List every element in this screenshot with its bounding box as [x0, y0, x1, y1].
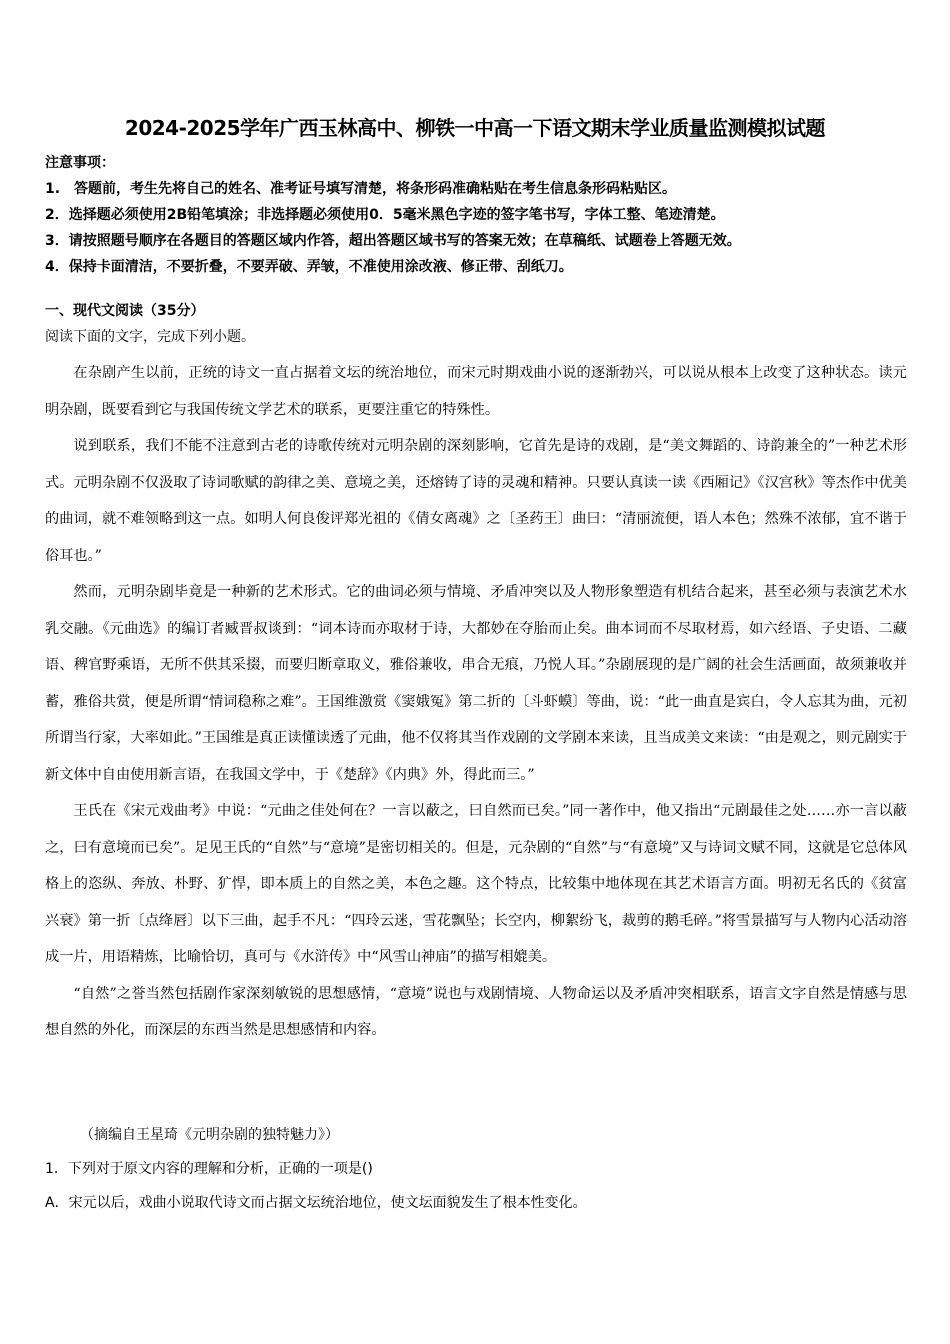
question-stem: 1．下列对于原文内容的理解和分析，正确的一项是() — [45, 1158, 373, 1178]
notice-heading: 注意事项： — [45, 150, 905, 176]
passage-paragraph: 说到联系，我们不能不注意到古老的诗歌传统对元明杂剧的深刻影响，它首先是诗的戏剧，… — [45, 428, 907, 574]
section-heading: 一、现代文阅读（35分） — [45, 300, 204, 320]
passage-paragraph: 王氏在《宋元戏曲考》中说：“元曲之佳处何在？一言以蔽之，曰自然而已矣。”同一著作… — [45, 793, 907, 976]
notice-block: 注意事项： 1. 答题前，考生先将自己的姓名、准考证号填写清楚，将条形码准确粘贴… — [45, 150, 905, 280]
exam-page: 2024-2025学年广西玉林高中、柳铁一中高一下语文期末学业质量监测模拟试题 … — [0, 0, 950, 1344]
page-title: 2024-2025学年广西玉林高中、柳铁一中高一下语文期末学业质量监测模拟试题 — [0, 112, 950, 141]
notice-item: 2．选择题必须使用2B铅笔填涂；非选择题必须使用0．5毫米黑色字迹的签字笔书写，… — [45, 202, 905, 228]
passage-paragraph: “自然”之誉当然包括剧作家深刻敏锐的思想感情，“意境”说也与戏剧情境、人物命运以… — [45, 976, 907, 1049]
notice-item: 4．保持卡面清洁，不要折叠，不要弄破、弄皱，不准使用涂改液、修正带、刮纸刀。 — [45, 254, 905, 280]
passage-paragraph: 然而，元明杂剧毕竟是一种新的艺术形式。它的曲词必须与情境、矛盾冲突以及人物形象塑… — [45, 574, 907, 793]
answer-option-a: A．宋元以后，戏曲小说取代诗文而占据文坛统治地位，使文坛面貌发生了根本性变化。 — [45, 1192, 587, 1212]
notice-item: 3．请按照题号顺序在各题目的答题区域内作答，超出答题区域书写的答案无效；在草稿纸… — [45, 228, 905, 254]
reading-passage: 在杂剧产生以前，正统的诗文一直占据着文坛的统治地位，而宋元时期戏曲小说的逐渐勃兴… — [45, 355, 907, 1049]
notice-item: 1. 答题前，考生先将自己的姓名、准考证号填写清楚，将条形码准确粘贴在考生信息条… — [45, 176, 905, 202]
passage-paragraph: 在杂剧产生以前，正统的诗文一直占据着文坛的统治地位，而宋元时期戏曲小说的逐渐勃兴… — [45, 355, 907, 428]
reading-instruction: 阅读下面的文字，完成下列小题。 — [45, 326, 255, 346]
passage-source: （摘编自王星琦《元明杂剧的独特魅力》） — [80, 1124, 339, 1144]
